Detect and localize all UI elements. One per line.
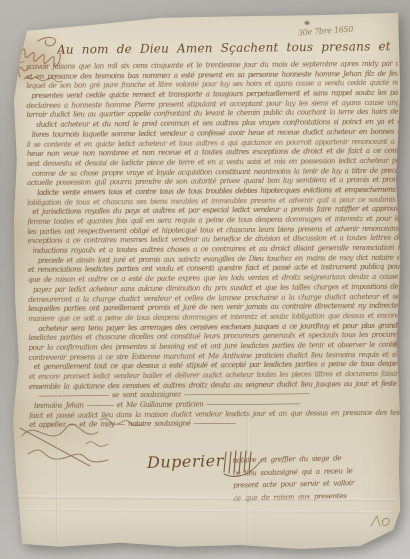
margin-paraphs [16,406,166,478]
fold-crease-horizontal-2 [22,509,392,514]
manuscript-body: scavoir faisans que lan mil six cens cin… [26,59,401,432]
parchment-wrap: 30e 7bre 1650 Au nom de Dieu Amen Sçache… [0,0,410,559]
notary-attestation-block: notaire et greffier du siege dece lieu s… [232,451,395,508]
opening-invocation-line: Au nom de Dieu Amen Sçachent tous presan… [57,39,396,61]
parchment-document: 30e 7bre 1650 Au nom de Dieu Amen Sçache… [0,0,410,559]
notary-signature: Duperier [147,451,224,472]
bottom-right-ink-mark [368,512,394,532]
auction-photo: 30e 7bre 1650 Au nom de Dieu Amen Sçache… [0,0,410,559]
attestation-line: ce que de raison aux presentes [233,489,395,505]
